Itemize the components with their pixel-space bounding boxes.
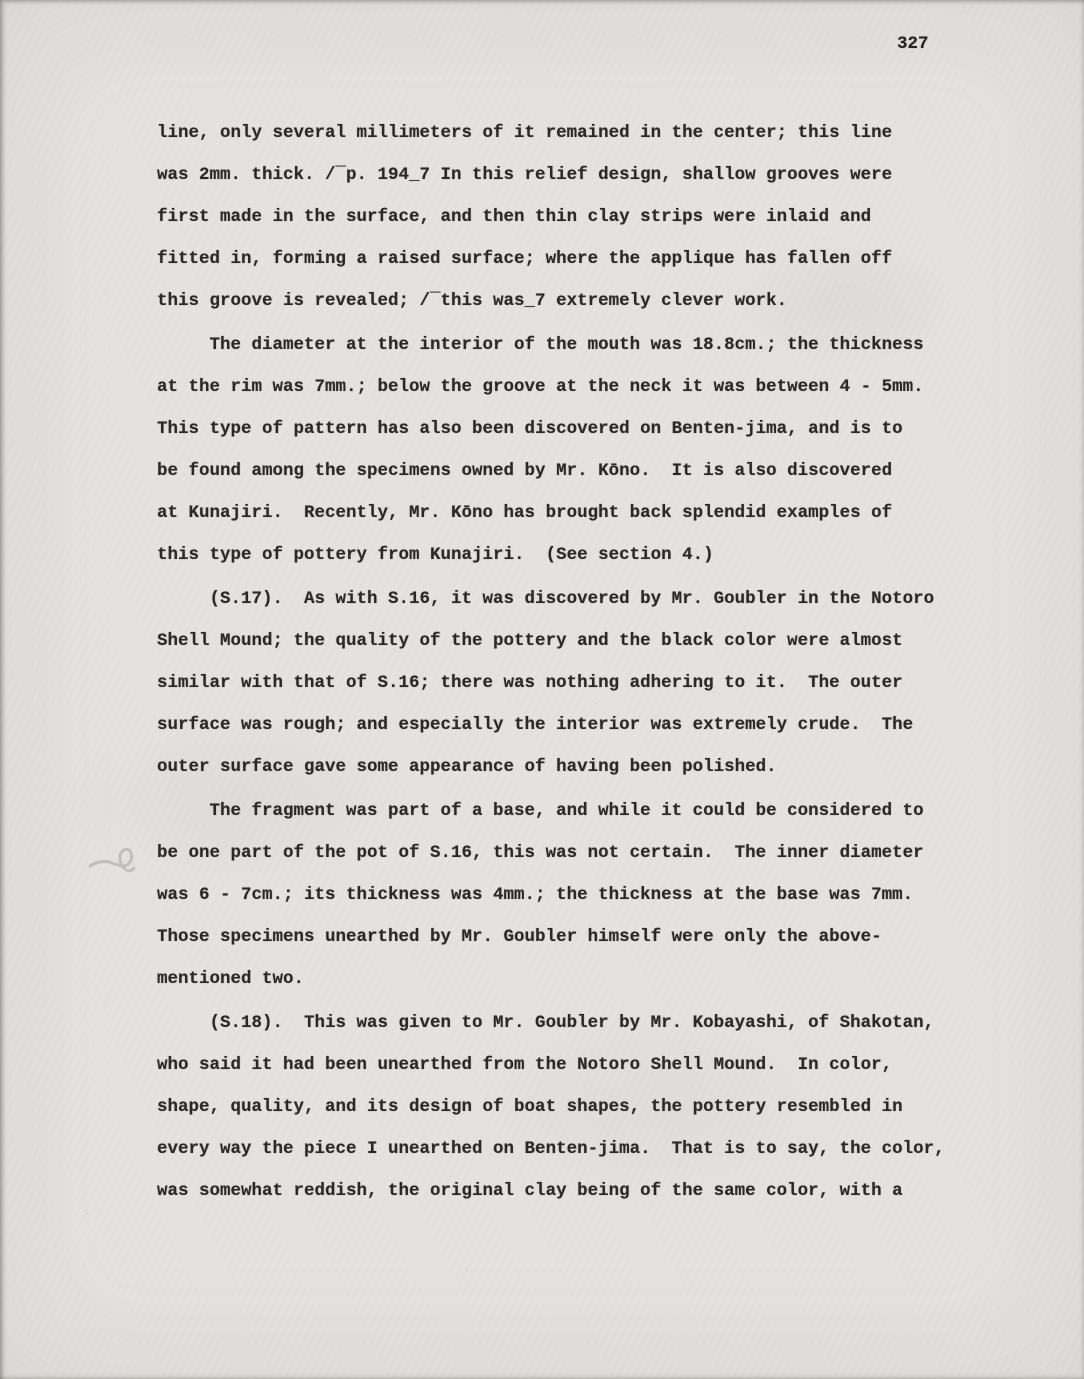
paragraph: The diameter at the interior of the mout…: [157, 324, 1017, 576]
typed-line: (S.17). As with S.16, it was discovered …: [157, 578, 1017, 620]
typed-line: was 6 - 7cm.; its thickness was 4mm.; th…: [157, 874, 1017, 916]
typed-line: This type of pattern has also been disco…: [157, 408, 1017, 450]
typed-line: be found among the specimens owned by Mr…: [157, 450, 1017, 492]
page-number: 327: [897, 31, 929, 57]
typed-line: The fragment was part of a base, and whi…: [157, 790, 1017, 832]
typed-line: mentioned two.: [157, 958, 1017, 1000]
typed-line: outer surface gave some appearance of ha…: [157, 746, 1017, 788]
typed-line: this groove is revealed; /¯this was_7 ex…: [157, 280, 1017, 322]
typed-line: shape, quality, and its design of boat s…: [157, 1086, 1017, 1128]
typed-line: who said it had been unearthed from the …: [157, 1044, 1017, 1086]
typed-line: at Kunajiri. Recently, Mr. Kōno has brou…: [157, 492, 1017, 534]
paragraph: (S.18). This was given to Mr. Goubler by…: [157, 1002, 1017, 1212]
scanned-page: 327 line, only several millimeters of it…: [0, 0, 1084, 1379]
typed-line: was somewhat reddish, the original clay …: [157, 1170, 1017, 1212]
typed-line: first made in the surface, and then thin…: [157, 196, 1017, 238]
pencil-mark: [86, 838, 148, 878]
paragraph: line, only several millimeters of it rem…: [157, 112, 1017, 322]
typed-line: line, only several millimeters of it rem…: [157, 112, 1017, 154]
paragraph: The fragment was part of a base, and whi…: [157, 790, 1017, 1000]
typed-line: was 2mm. thick. /¯p. 194_7 In this relie…: [157, 154, 1017, 196]
typed-line: (S.18). This was given to Mr. Goubler by…: [157, 1002, 1017, 1044]
typed-line: every way the piece I unearthed on Bente…: [157, 1128, 1017, 1170]
typed-line: similar with that of S.16; there was not…: [157, 662, 1017, 704]
typed-line: at the rim was 7mm.; below the groove at…: [157, 366, 1017, 408]
typed-line: The diameter at the interior of the mout…: [157, 324, 1017, 366]
typed-line: be one part of the pot of S.16, this was…: [157, 832, 1017, 874]
typed-line: Shell Mound; the quality of the pottery …: [157, 620, 1017, 662]
typed-line: this type of pottery from Kunajiri. (See…: [157, 534, 1017, 576]
typed-line: Those specimens unearthed by Mr. Goubler…: [157, 916, 1017, 958]
typed-line: surface was rough; and especially the in…: [157, 704, 1017, 746]
paragraph: (S.17). As with S.16, it was discovered …: [157, 578, 1017, 788]
document-text: line, only several millimeters of it rem…: [157, 112, 1017, 1212]
typed-line: fitted in, forming a raised surface; whe…: [157, 238, 1017, 280]
